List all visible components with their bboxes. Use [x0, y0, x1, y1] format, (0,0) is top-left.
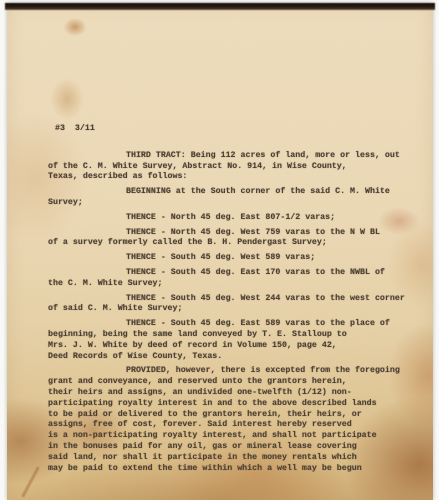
paragraph: PROVIDED, however, there is excepted fro… [48, 366, 424, 474]
paragraph: THENCE - North 45 deg. West 759 varas to… [48, 228, 424, 250]
paragraph: BEGINNING at the South corner of the sai… [48, 187, 424, 209]
top-edge-shadow [5, 3, 435, 10]
doc-number: #3 3/11 [55, 124, 424, 135]
scratch-mark [21, 466, 40, 497]
scanned-document-page: #3 3/11 THIRD TRACT: Being 112 acres of … [7, 3, 433, 500]
paragraph: THIRD TRACT: Being 112 acres of land, mo… [48, 151, 424, 183]
document-body: #3 3/11 THIRD TRACT: Being 112 acres of … [48, 124, 424, 478]
paragraph: THENCE - North 45 deg. East 807-1/2 vara… [48, 213, 424, 224]
paragraph-list: THIRD TRACT: Being 112 acres of land, mo… [48, 151, 424, 475]
photo-frame: #3 3/11 THIRD TRACT: Being 112 acres of … [0, 0, 439, 500]
paragraph: THENCE - South 45 deg. East 589 varas to… [48, 319, 424, 362]
paragraph: THENCE - South 45 deg. West 244 varas to… [48, 294, 424, 316]
paragraph: THENCE - South 45 deg. East 170 varas to… [48, 268, 424, 290]
paragraph: THENCE - South 45 deg. West 589 varas; [48, 253, 424, 264]
